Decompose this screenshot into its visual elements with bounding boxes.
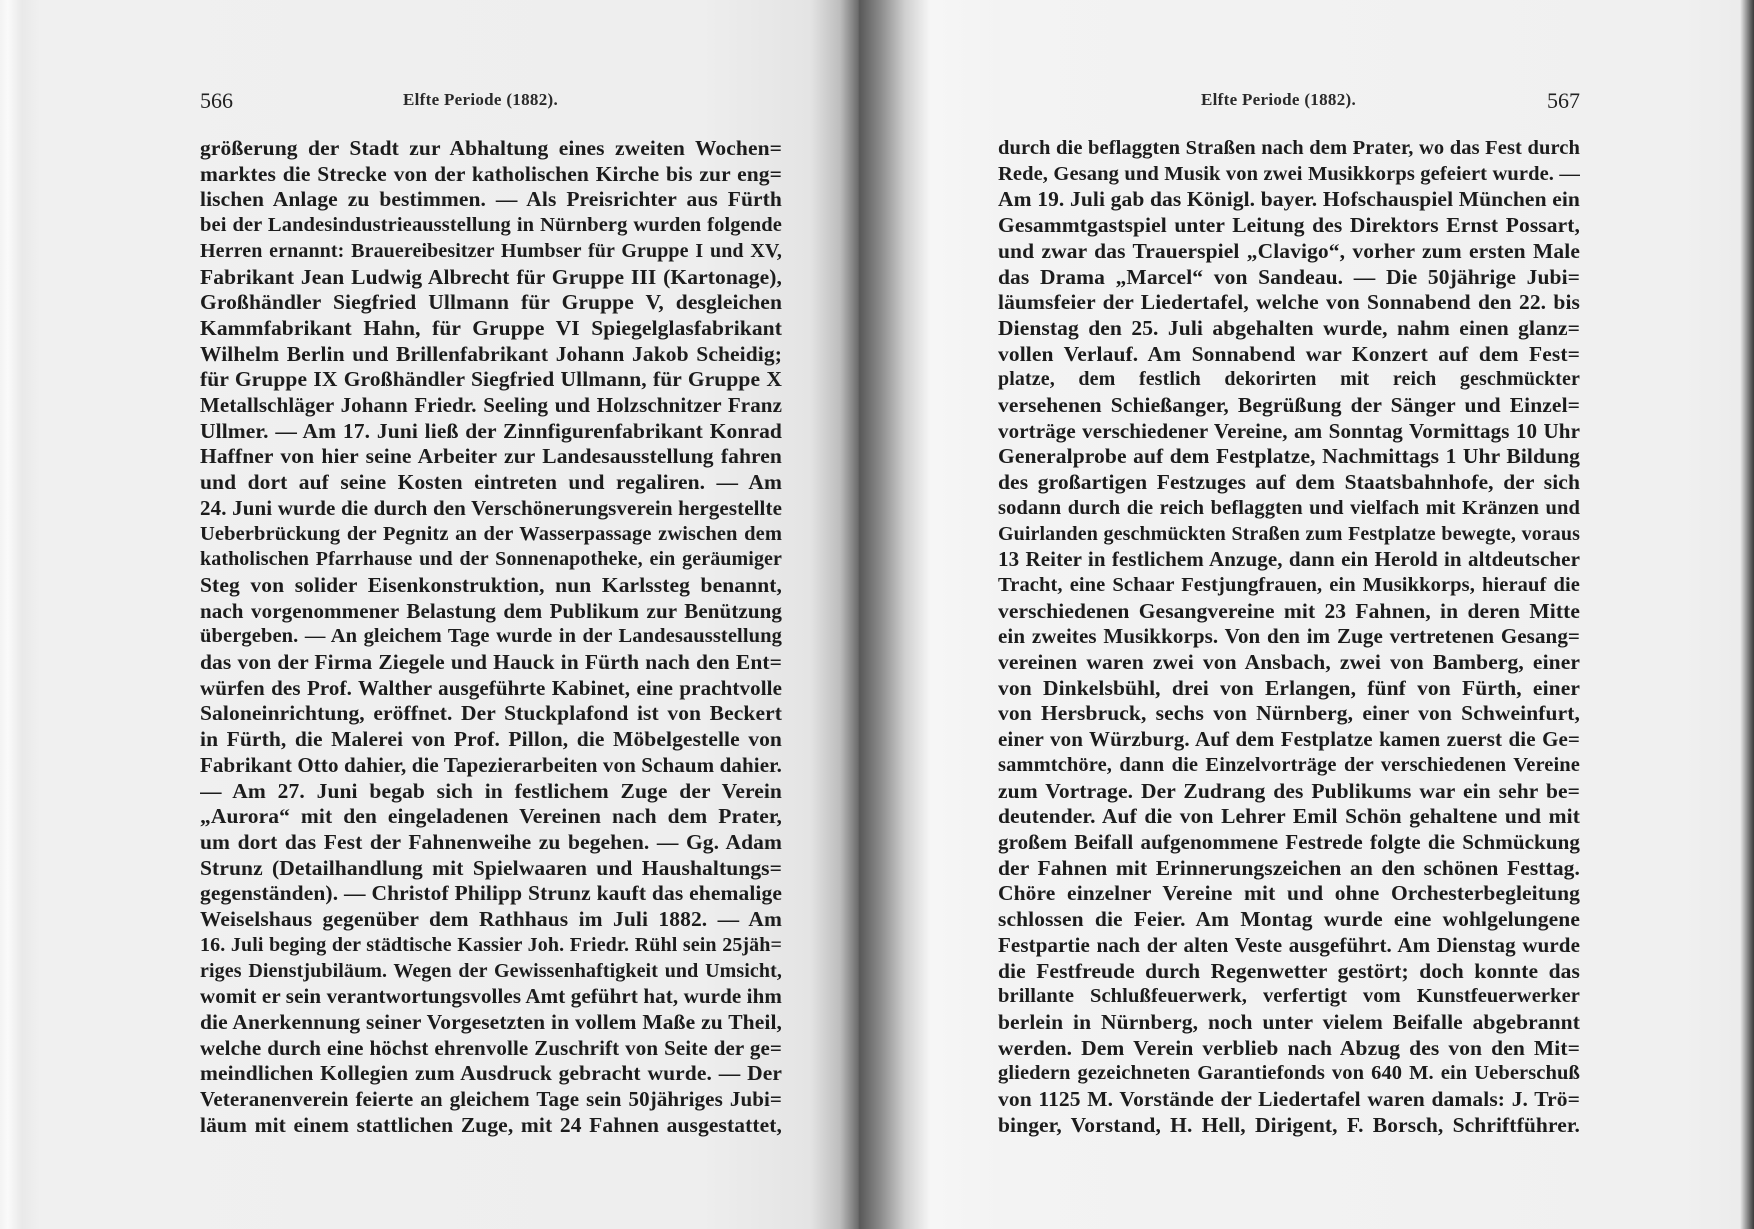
text-line: Großhändler Siegfried Ullmann für Gruppe… (200, 290, 782, 316)
text-line: sammtchöre, dann die Einzelvorträge der … (998, 753, 1580, 779)
text-line: größerung der Stadt zur Abhaltung eines … (200, 136, 782, 162)
running-head: Elfte Periode (1882). (403, 90, 558, 110)
running-head: Elfte Periode (1882). (1201, 90, 1356, 110)
text-line: und zwar das Trauerspiel „Clavigo“, vorh… (998, 239, 1580, 265)
right-page-body: durch die beflaggten Straßen nach dem Pr… (998, 136, 1580, 1138)
left-page: 566 Elfte Periode (1882). größerung der … (0, 0, 860, 1229)
text-line: sodann durch die reich beflaggten und vi… (998, 496, 1580, 522)
page-number: 566 (200, 88, 233, 114)
text-line: das Drama „Marcel“ von Sandeau. — Die 50… (998, 265, 1580, 291)
text-line: werden. Dem Verein verblieb nach Abzug d… (998, 1036, 1580, 1062)
page-number: 567 (1547, 88, 1580, 114)
text-line: binger, Vorstand, H. Hell, Dirigent, F. … (998, 1113, 1580, 1139)
text-line: einer von Würzburg. Auf dem Festplatze k… (998, 727, 1580, 753)
text-line: vereinen waren zwei von Ansbach, zwei vo… (998, 650, 1580, 676)
text-line: Fabrikant Jean Ludwig Albrecht für Grupp… (200, 265, 782, 291)
text-line: womit er sein verantwortungsvolles Amt g… (200, 984, 782, 1010)
text-line: brillante Schlußfeuerwerk, verfertigt vo… (998, 984, 1580, 1010)
text-line: Steg von solider Eisenkonstruktion, nun … (200, 573, 782, 599)
text-line: Metallschläger Johann Friedr. Seeling un… (200, 393, 782, 419)
text-line: platze, dem festlich dekorirten mit reic… (998, 367, 1580, 393)
text-line: 13 Reiter in festlichem Anzuge, dann ein… (998, 547, 1580, 573)
text-line: für Gruppe IX Großhändler Siegfried Ullm… (200, 367, 782, 393)
text-line: läum mit einem stattlichen Zuge, mit 24 … (200, 1113, 782, 1139)
text-line: verschiedenen Gesangvereine mit 23 Fahne… (998, 599, 1580, 625)
text-line: Dienstag den 25. Juli abgehalten wurde, … (998, 316, 1580, 342)
text-line: Saloneinrichtung, eröffnet. Der Stuckpla… (200, 701, 782, 727)
text-line: Strunz (Detailhandlung mit Spielwaaren u… (200, 856, 782, 882)
text-line: der Fahnen mit Erinnerungszeichen an den… (998, 856, 1580, 882)
text-line: deutender. Auf die von Lehrer Emil Schön… (998, 804, 1580, 830)
text-line: welche durch eine höchst ehrenvolle Zusc… (200, 1036, 782, 1062)
text-line: vollen Verlauf. Am Sonnabend war Konzert… (998, 342, 1580, 368)
text-line: Rede, Gesang und Musik von zwei Musikkor… (998, 162, 1580, 188)
text-line: von Dinkelsbühl, drei von Erlangen, fünf… (998, 676, 1580, 702)
text-line: übergeben. — An gleichem Tage wurde in d… (200, 624, 782, 650)
text-line: Tracht, eine Schaar Festjungfrauen, ein … (998, 573, 1580, 599)
text-line: großem Beifall aufgenommene Festrede fol… (998, 830, 1580, 856)
text-line: „Aurora“ mit den eingeladenen Vereinen n… (200, 804, 782, 830)
text-line: Generalprobe auf dem Festplatze, Nachmit… (998, 444, 1580, 470)
text-line: Haffner von hier seine Arbeiter zur Land… (200, 444, 782, 470)
text-line: marktes die Strecke von der katholischen… (200, 162, 782, 188)
text-line: Wilhelm Berlin und Brillenfabrikant Joha… (200, 342, 782, 368)
text-line: die Anerkennung seiner Vorgesetzten in v… (200, 1010, 782, 1036)
text-line: Chöre einzelner Vereine mit und ohne Orc… (998, 881, 1580, 907)
text-line: riges Dienstjubiläum. Wegen der Gewissen… (200, 959, 782, 985)
text-line: ein zweites Musikkorps. Von den im Zuge … (998, 624, 1580, 650)
text-line: lischen Anlage zu bestimmen. — Als Preis… (200, 187, 782, 213)
text-line: berlein in Nürnberg, noch unter vielem B… (998, 1010, 1580, 1036)
text-line: bei der Landesindustrieausstellung in Nü… (200, 213, 782, 239)
text-line: von Hersbruck, sechs von Nürnberg, einer… (998, 701, 1580, 727)
text-line: Ueberbrückung der Pegnitz an der Wasserp… (200, 522, 782, 548)
text-line: Am 19. Juli gab das Königl. bayer. Hofsc… (998, 187, 1580, 213)
text-line: die Festfreude durch Regenwetter gestört… (998, 959, 1580, 985)
text-line: schlossen die Feier. Am Montag wurde ein… (998, 907, 1580, 933)
text-line: gliedern gezeichneten Garantiefonds von … (998, 1061, 1580, 1087)
text-line: das von der Firma Ziegele und Hauck in F… (200, 650, 782, 676)
text-line: vorträge verschiedener Vereine, am Sonnt… (998, 419, 1580, 445)
text-line: in Fürth, die Malerei von Prof. Pillon, … (200, 727, 782, 753)
text-line: Festpartie nach der alten Veste ausgefüh… (998, 933, 1580, 959)
text-line: Fabrikant Otto dahier, die Tapezierarbei… (200, 753, 782, 779)
text-line: nach vorgenommener Belastung dem Publiku… (200, 599, 782, 625)
text-line: Herren ernannt: Brauereibesitzer Humbser… (200, 239, 782, 265)
text-line: läumsfeier der Liedertafel, welche von S… (998, 290, 1580, 316)
text-line: durch die beflaggten Straßen nach dem Pr… (998, 136, 1580, 162)
text-line: würfen des Prof. Walther ausgeführte Kab… (200, 676, 782, 702)
text-line: Kammfabrikant Hahn, für Gruppe VI Spiege… (200, 316, 782, 342)
text-line: — Am 27. Juni begab sich in festlichem Z… (200, 779, 782, 805)
text-line: 16. Juli beging der städtische Kassier J… (200, 933, 782, 959)
text-line: Gesammtgastspiel unter Leitung des Direk… (998, 213, 1580, 239)
text-line: Veteranenverein feierte an gleichem Tage… (200, 1087, 782, 1113)
right-page: Elfte Periode (1882). 567 durch die befl… (860, 0, 1754, 1229)
left-page-header: 566 Elfte Periode (1882). (200, 88, 782, 118)
text-line: Weiselshaus gegenüber dem Rathhaus im Ju… (200, 907, 782, 933)
text-line: von 1125 M. Vorstände der Liedertafel wa… (998, 1087, 1580, 1113)
text-line: Ullmer. — Am 17. Juni ließ der Zinnfigur… (200, 419, 782, 445)
text-line: um dort das Fest der Fahnenweihe zu bege… (200, 830, 782, 856)
text-line: des großartigen Festzuges auf dem Staats… (998, 470, 1580, 496)
right-page-header: Elfte Periode (1882). 567 (998, 88, 1580, 118)
text-line: Guirlanden geschmückten Straßen zum Fest… (998, 522, 1580, 548)
text-line: und dort auf seine Kosten eintreten und … (200, 470, 782, 496)
text-line: zum Vortrage. Der Zudrang des Publikums … (998, 779, 1580, 805)
text-line: 24. Juni wurde die durch den Verschöneru… (200, 496, 782, 522)
text-line: meindlichen Kollegien zum Ausdruck gebra… (200, 1061, 782, 1087)
text-line: gegenständen). — Christof Philipp Strunz… (200, 881, 782, 907)
text-line: katholischen Pfarrhause und der Sonnenap… (200, 547, 782, 573)
left-page-body: größerung der Stadt zur Abhaltung eines … (200, 136, 782, 1138)
text-line: versehenen Schießanger, Begrüßung der Sä… (998, 393, 1580, 419)
